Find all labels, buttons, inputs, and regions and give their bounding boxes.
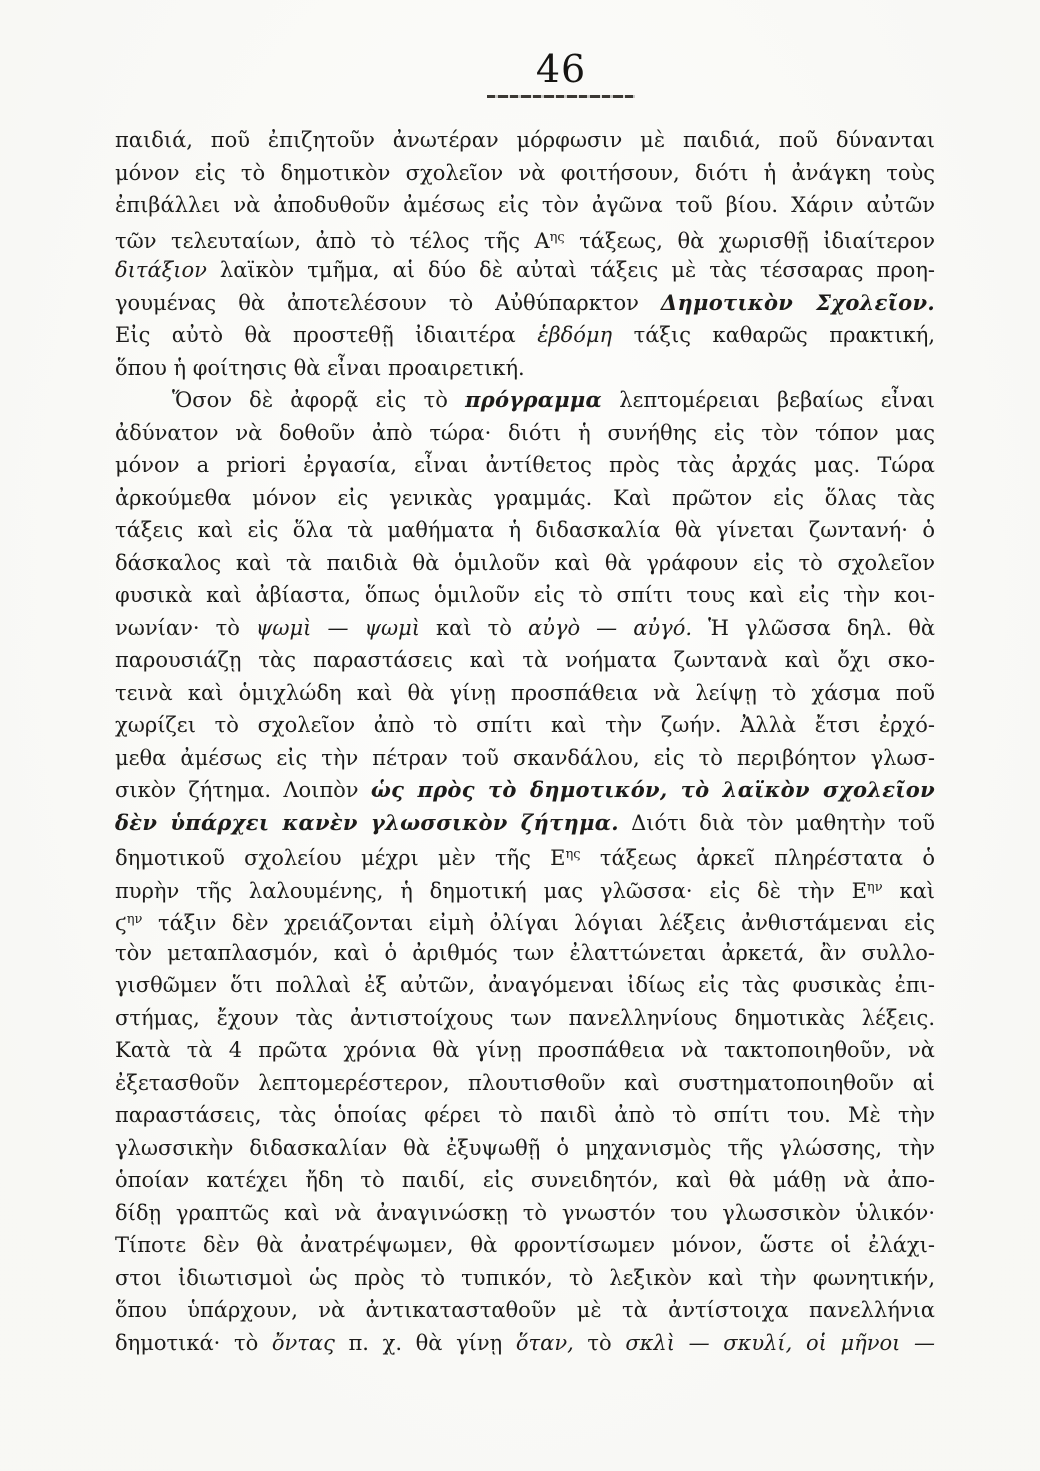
text-segment: στήμας, ἔχουν τὰς ἀντιστοίχους των πανελ… [115, 1006, 935, 1030]
text-segment: μόνον εἰς τὸ δημοτικὸν σχολεῖον νὰ φοιτή… [115, 161, 935, 185]
text-line: τεινὰ καὶ ὁμιχλώδη καὶ θὰ γίνῃ προσπάθει… [115, 677, 935, 710]
text-line: μόνον εἰς τὸ δημοτικὸν σχολεῖον νὰ φοιτή… [115, 157, 935, 190]
text-line: ἐπιβάλλει νὰ ἀποδυθοῦν ἀμέσως εἰς τὸν ἀγ… [115, 189, 935, 222]
text-segment: χωρίζει τὸ σχολεῖον ἀπὸ τὸ σπίτι καὶ τὴν… [115, 713, 935, 737]
text-line: μεθα ἀμέσως εἰς τὴν πέτραν τοῦ σκανδάλου… [115, 742, 935, 775]
text-segment: γλωσσικὴν διδασκαλίαν θὰ ἐξυψωθῇ ὁ μηχαν… [115, 1136, 935, 1160]
text-segment: λεπτομέρειαι βεβαίως εἶναι [602, 388, 935, 412]
text-segment: παρουσιάζῃ τὰς παραστάσεις καὶ τὰ νοήματ… [115, 648, 935, 672]
emphasized-text: δὲν ὑπάρχει κανὲν γλωσσικὸν ζήτημα. [115, 810, 619, 835]
text-line: γισθῶμεν ὅτι πολλαὶ ἐξ αὐτῶν, ἀναγόμεναι… [115, 969, 935, 1002]
text-segment: πυρὴν τῆς λαλουμένης, ἡ δημοτική μας γλῶ… [115, 879, 867, 903]
text-line: στοι ἰδιωτισμοὶ ὡς πρὸς τὸ τυπικόν, τὸ λ… [115, 1262, 935, 1295]
text-segment: γουμένας θὰ ἀποτελέσουν τὸ Αὐθύπαρκτον [115, 291, 661, 315]
text-segment: Διότι διὰ τὸν μαθητὴν τοῦ [619, 811, 935, 835]
text-line: ϛην τάξιν δὲν χρειάζονται εἰμὴ ὀλίγαι λό… [115, 904, 935, 937]
text-segment: τὸ [574, 1331, 626, 1355]
text-line: ἐξετασθοῦν λεπτομερέστερον, πλουτισθοῦν … [115, 1067, 935, 1100]
text-line: σικὸν ζήτημα. Λοιπὸν ὡς πρὸς τὸ δημοτικό… [115, 774, 935, 807]
text-line: ἀρκούμεθα μόνον εἰς γενικὰς γραμμάς. Καὶ… [115, 482, 935, 515]
text-segment: τάξιν δὲν χρειάζονται εἰμὴ ὀλίγαι λόγιαι… [142, 911, 935, 935]
text-segment: ἐξετασθοῦν λεπτομερέστερον, πλουτισθοῦν … [115, 1071, 935, 1095]
emphasized-text: ἑβδόμη [537, 323, 612, 347]
text-segment: λαϊκὸν τμῆμα, αἱ δύο δὲ αὐταὶ τάξεις μὲ … [207, 258, 935, 282]
scanned-book-page: 46 παιδιά, ποῦ ἐπιζητοῦν ἀνωτέραν μόρφωσ… [0, 0, 1040, 1471]
emphasized-text: ψωμὶ — ψωμὶ [256, 616, 420, 640]
text-segment: τεινὰ καὶ ὁμιχλώδη καὶ θὰ γίνῃ προσπάθει… [115, 681, 935, 705]
text-segment: ϛ [115, 911, 127, 935]
text-line: παιδιά, ποῦ ἐπιζητοῦν ἀνωτέραν μόρφωσιν … [115, 124, 935, 157]
text-segment: δάσκαλος καὶ τὰ παιδιὰ θὰ ὁμιλοῦν καὶ θὰ… [115, 551, 935, 575]
text-line: ὅπου ὑπάρχουν, νὰ ἀντικατασταθοῦν μὲ τὰ … [115, 1294, 935, 1327]
text-segment: φυσικὰ καὶ ἀβίαστα, ὅπως ὁμιλοῦν εἰς τὸ … [115, 583, 935, 607]
text-segment: μεθα ἀμέσως εἰς τὴν πέτραν τοῦ σκανδάλου… [115, 746, 935, 770]
emphasized-text: αὐγὸ — αὐγό. [528, 616, 692, 640]
text-line: Τίποτε δὲν θὰ ἀνατρέψωμεν, θὰ φροντίσωμε… [115, 1229, 935, 1262]
text-line: στήμας, ἔχουν τὰς ἀντιστοίχους των πανελ… [115, 1002, 935, 1035]
text-segment: Τίποτε δὲν θὰ ἀνατρέψωμεν, θὰ φροντίσωμε… [115, 1233, 935, 1257]
text-line: Κατὰ τὰ 4 πρῶτα χρόνια θὰ γίνῃ προσπάθει… [115, 1034, 935, 1067]
text-segment: π. χ. θὰ γίνῃ [335, 1331, 516, 1355]
text-segment: τάξεις καὶ εἰς ὅλα τὰ μαθήματα ἡ διδασκα… [115, 518, 935, 542]
text-line: τὸν μεταπλασμόν, καὶ ὁ ἀριθμός των ἐλαττ… [115, 937, 935, 970]
emphasized-text: ὄντας [272, 1331, 335, 1355]
text-line: πυρὴν τῆς λαλουμένης, ἡ δημοτική μας γλῶ… [115, 872, 935, 905]
text-segment: καὶ τὸ [420, 616, 528, 640]
text-segment: δημοτικά· τὸ [115, 1331, 272, 1355]
superscript-text: ης [550, 230, 565, 245]
superscript-text: ης [566, 847, 581, 862]
page-number-rule [487, 95, 635, 98]
page-body: παιδιά, ποῦ ἐπιζητοῦν ἀνωτέραν μόρφωσιν … [115, 124, 935, 1359]
text-line: ὁποίαν κατέχει ἤδη τὸ παιδί, εἰς συνειδη… [115, 1164, 935, 1197]
text-segment: μόνον a priori ἐργασία, εἶναι ἀντίθετος … [115, 453, 935, 477]
text-line: ὅπου ἡ φοίτησις θὰ εἶναι προαιρετική. [115, 352, 935, 385]
text-line: τάξεις καὶ εἰς ὅλα τὰ μαθήματα ἡ διδασκα… [115, 514, 935, 547]
text-segment: Ἡ γλῶσσα δηλ. θὰ [692, 616, 935, 640]
emphasized-text: ὡς πρὸς τὸ δημοτικόν, τὸ λαϊκὸν σχολεῖον [371, 777, 935, 802]
page-header: 46 [115, 50, 935, 98]
emphasized-text: πρόγραμμα [465, 387, 602, 412]
text-line: Εἰς αὐτὸ θὰ προστεθῇ ἰδιαιτέρα ἑβδόμη τά… [115, 319, 935, 352]
text-segment: τῶν τελευταίων, ἀπὸ τὸ τέλος τῆς Α [115, 229, 550, 253]
text-line: δὲν ὑπάρχει κανὲν γλωσσικὸν ζήτημα. Διότ… [115, 807, 935, 840]
text-segment: ὅπου ἡ φοίτησις θὰ εἶναι προαιρετική. [115, 356, 525, 380]
text-line: γλωσσικὴν διδασκαλίαν θὰ ἐξυψωθῇ ὁ μηχαν… [115, 1132, 935, 1165]
text-line: δημοτικά· τὸ ὄντας π. χ. θὰ γίνῃ ὅταν, τ… [115, 1327, 935, 1360]
text-line: Ὅσον δὲ ἀφορᾷ εἰς τὸ πρόγραμμα λεπτομέρε… [115, 384, 935, 417]
text-line: δίδῃ γραπτῶς καὶ νὰ ἀναγινώσκῃ τὸ γνωστό… [115, 1197, 935, 1230]
text-segment: ὅπου ὑπάρχουν, νὰ ἀντικατασταθοῦν μὲ τὰ … [115, 1298, 935, 1322]
text-segment: στοι ἰδιωτισμοὶ ὡς πρὸς τὸ τυπικόν, τὸ λ… [115, 1266, 935, 1290]
text-segment: ὁποίαν κατέχει ἤδη τὸ παιδί, εἰς συνειδη… [115, 1168, 935, 1192]
text-segment: τάξις καθαρῶς πρακτική, [612, 323, 935, 347]
text-line: δημοτικοῦ σχολείου μέχρι μὲν τῆς Εης τάξ… [115, 839, 935, 872]
emphasized-text: Δημοτικὸν Σχολεῖον. [661, 290, 935, 315]
text-segment: Εἰς αὐτὸ θὰ προστεθῇ ἰδιαιτέρα [115, 323, 537, 347]
emphasized-text: ὅταν, [516, 1331, 574, 1355]
text-segment: δίδῃ γραπτῶς καὶ νὰ ἀναγινώσκῃ τὸ γνωστό… [115, 1201, 935, 1225]
text-segment: Ὅσον δὲ ἀφορᾷ εἰς τὸ [172, 388, 465, 412]
text-line: φυσικὰ καὶ ἀβίαστα, ὅπως ὁμιλοῦν εἰς τὸ … [115, 579, 935, 612]
text-line: δάσκαλος καὶ τὰ παιδιὰ θὰ ὁμιλοῦν καὶ θὰ… [115, 547, 935, 580]
text-line: τῶν τελευταίων, ἀπὸ τὸ τέλος τῆς Αης τάξ… [115, 222, 935, 255]
text-segment: ἀρκούμεθα μόνον εἰς γενικὰς γραμμάς. Καὶ… [115, 486, 935, 510]
text-segment: δημοτικοῦ σχολείου μέχρι μὲν τῆς Ε [115, 846, 566, 870]
text-segment: καὶ [883, 879, 935, 903]
superscript-text: ην [127, 912, 143, 927]
superscript-text: ην [867, 880, 883, 895]
text-line: χωρίζει τὸ σχολεῖον ἀπὸ τὸ σπίτι καὶ τὴν… [115, 709, 935, 742]
text-segment: παιδιά, ποῦ ἐπιζητοῦν ἀνωτέραν μόρφωσιν … [115, 128, 935, 152]
text-segment: τάξεως, θὰ χωρισθῇ ἰδιαίτερον [565, 229, 935, 253]
text-segment: τὸν μεταπλασμόν, καὶ ὁ ἀριθμός των ἐλαττ… [115, 941, 935, 965]
text-segment: ἐπιβάλλει νὰ ἀποδυθοῦν ἀμέσως εἰς τὸν ἀγ… [115, 193, 935, 217]
text-line: γουμένας θὰ ἀποτελέσουν τὸ Αὐθύπαρκτον Δ… [115, 287, 935, 320]
text-segment: παραστάσεις, τὰς ὁποίας φέρει τὸ παιδὶ ἀ… [115, 1103, 935, 1127]
text-segment: τάξεως ἀρκεῖ πληρέστατα ὁ [581, 846, 935, 870]
text-segment: γισθῶμεν ὅτι πολλαὶ ἐξ αὐτῶν, ἀναγόμεναι… [115, 973, 935, 997]
text-line: διτάξιον λαϊκὸν τμῆμα, αἱ δύο δὲ αὐταὶ τ… [115, 254, 935, 287]
text-line: παραστάσεις, τὰς ὁποίας φέρει τὸ παιδὶ ἀ… [115, 1099, 935, 1132]
page-number: 46 [536, 50, 586, 88]
emphasized-text: διτάξιον [115, 258, 207, 282]
text-segment: ἀδύνατον νὰ δοθοῦν ἀπὸ τώρα· διότι ἡ συν… [115, 421, 935, 445]
text-segment: νωνίαν· τὸ [115, 616, 256, 640]
text-segment: Κατὰ τὰ 4 πρῶτα χρόνια θὰ γίνῃ προσπάθει… [115, 1038, 935, 1062]
text-line: ἀδύνατον νὰ δοθοῦν ἀπὸ τώρα· διότι ἡ συν… [115, 417, 935, 450]
text-line: νωνίαν· τὸ ψωμὶ — ψωμὶ καὶ τὸ αὐγὸ — αὐγ… [115, 612, 935, 645]
emphasized-text: σκλὶ — σκυλί, οἱ μῆνοι — [625, 1331, 935, 1355]
text-segment: σικὸν ζήτημα. Λοιπὸν [115, 778, 371, 802]
text-line: μόνον a priori ἐργασία, εἶναι ἀντίθετος … [115, 449, 935, 482]
text-line: παρουσιάζῃ τὰς παραστάσεις καὶ τὰ νοήματ… [115, 644, 935, 677]
